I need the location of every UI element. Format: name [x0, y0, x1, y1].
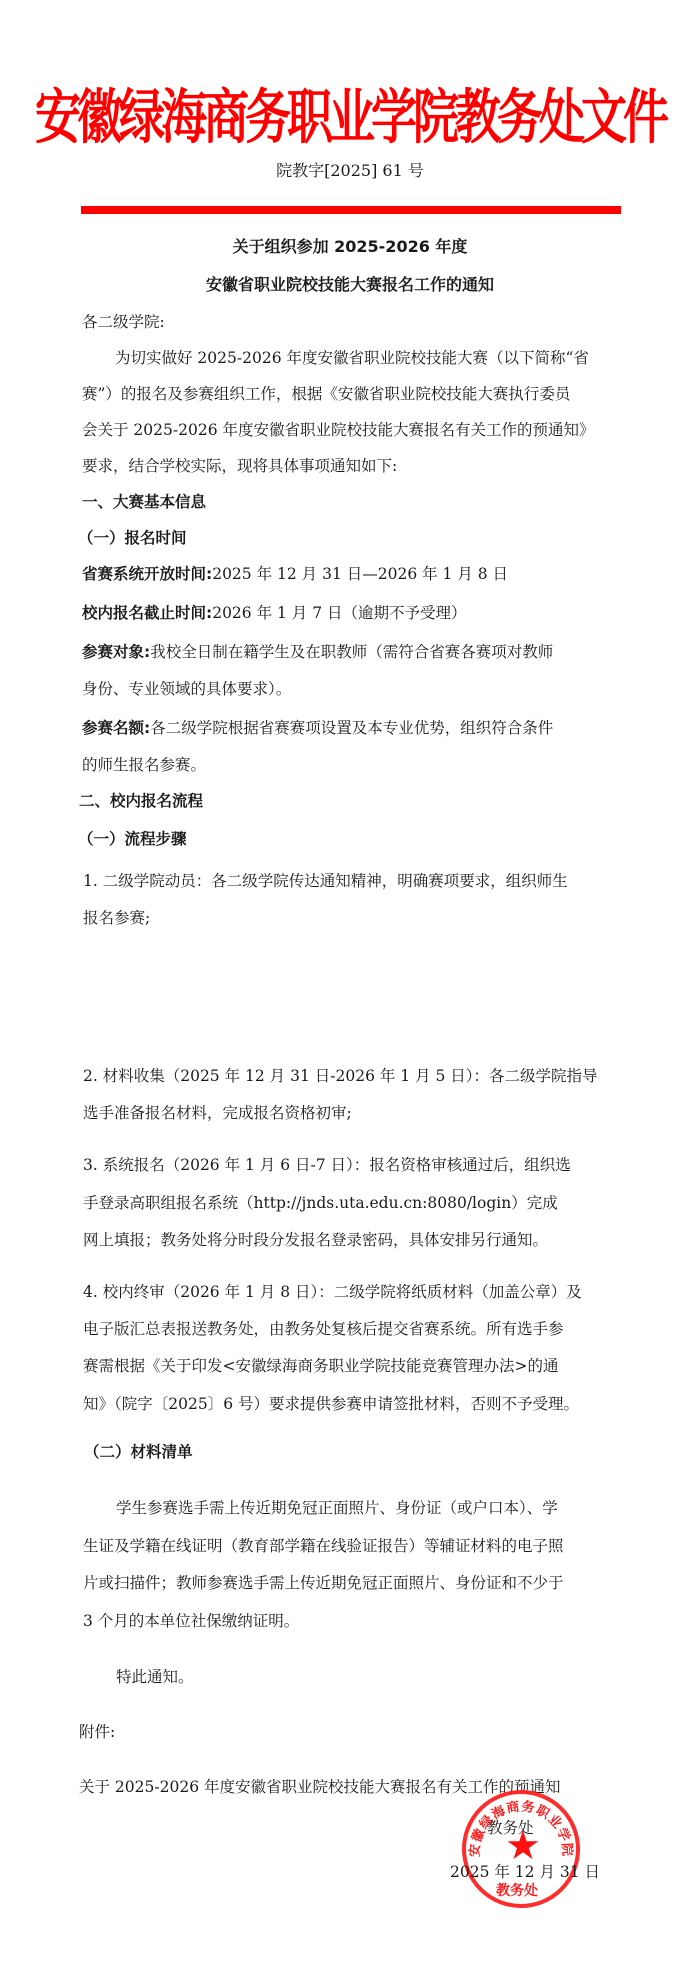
- materials-line-1: 学生参赛选手需上传近期免冠正面照片、身份证（或户口本）、学: [116, 1497, 558, 1519]
- intro-line-4: 要求，结合学校实际，现将具体事项通知如下:: [82, 455, 397, 477]
- section-2-sub-1-heading: （一）流程步骤: [78, 828, 187, 850]
- quota-label: 参赛名额:: [82, 719, 150, 737]
- intro-line-1: 为切实做好 2025-2026 年度安徽省职业院校技能大赛（以下简称“省: [115, 347, 589, 369]
- document-page: 安徽绿海商务职业学院教务处文件 院教字[2025] 61 号 关于组织参加 20…: [0, 0, 700, 1978]
- participants-label: 参赛对象:: [82, 643, 150, 661]
- deadline-value: 2026 年 1 月 7 日（逾期不予受理）: [212, 604, 466, 622]
- quota-line-2: 的师生报名参赛。: [82, 754, 206, 776]
- participants-line-2: 身份、专业领域的具体要求）。: [82, 678, 291, 700]
- materials-line-3: 片或扫描件；教师参赛选手需上传近期免冠正面照片、身份证和不少于: [83, 1572, 564, 1594]
- signature-office: 教务处: [487, 1818, 534, 1838]
- document-number: 院教字[2025] 61 号: [0, 160, 700, 182]
- step-4-line-4: 知》（院字〔2025〕6 号）要求提供参赛申请签批材料，否则不予受理。: [83, 1393, 579, 1415]
- participants: 参赛对象:我校全日制在籍学生及在职教师（需符合省赛各赛项对教师: [82, 641, 553, 663]
- step-3-line-1: 3. 系统报名（2026 年 1 月 6 日-7 日）：报名资格审核通过后，组织…: [83, 1154, 571, 1176]
- materials-line-2: 生证及学籍在线证明（教育部学籍在线验证报告）等辅证材料的电子照: [83, 1535, 564, 1557]
- step-2-line-1: 2. 材料收集（2025 年 12 月 31 日-2026 年 1 月 5 日）…: [83, 1065, 598, 1087]
- quota: 参赛名额:各二级学院根据省赛赛项设置及本专业优势，组织符合条件: [82, 717, 553, 739]
- section-1-sub-1-heading: （一）报名时间: [78, 527, 187, 549]
- header-red-divider: [81, 206, 621, 214]
- notice-title-line-2: 安徽省职业院校技能大赛报名工作的通知: [0, 274, 700, 296]
- materials-line-4: 3 个月的本单位社保缴纳证明。: [83, 1610, 299, 1632]
- system-open-label: 省赛系统开放时间:: [82, 565, 212, 583]
- notice-end: 特此通知。: [116, 1666, 194, 1688]
- step-2-line-2: 选手准备报名材料，完成报名资格初审;: [83, 1102, 352, 1124]
- step-4-line-3: 赛需根据《关于印发<安徽绿海商务职业学院技能竞赛管理办法>的通: [83, 1355, 558, 1377]
- step-4-line-2: 电子版汇总表报送教务处，由教务处复核后提交省赛系统。所有选手参: [83, 1318, 564, 1340]
- deadline-label: 校内报名截止时间:: [82, 604, 212, 622]
- system-open-value: 2025 年 12 月 31 日—2026 年 1 月 8 日: [212, 565, 508, 583]
- step-1-line-2: 报名参赛;: [83, 907, 150, 929]
- step-1-line-1: 1. 二级学院动员：各二级学院传达通知精神，明确赛项要求，组织师生: [83, 870, 568, 892]
- step-4-line-1: 4. 校内终审（2026 年 1 月 8 日）：二级学院将纸质材料（加盖公章）及: [83, 1281, 582, 1303]
- section-2-heading: 二、校内报名流程: [79, 790, 203, 812]
- system-open-time: 省赛系统开放时间:2025 年 12 月 31 日—2026 年 1 月 8 日: [82, 563, 508, 585]
- step-3-line-2: 手登录高职组报名系统（http://jnds.uta.edu.cn:8080/l…: [83, 1192, 558, 1214]
- intro-line-2: 赛”）的报名及参赛组织工作，根据《安徽省职业院校技能大赛执行委员: [82, 383, 570, 405]
- internal-deadline: 校内报名截止时间:2026 年 1 月 7 日（逾期不予受理）: [82, 602, 467, 624]
- quota-value: 各二级学院根据省赛赛项设置及本专业优势，组织符合条件: [150, 719, 553, 737]
- section-1-heading: 一、大赛基本信息: [82, 491, 206, 513]
- signature-date: 2025 年 12 月 31 日: [450, 1862, 600, 1882]
- notice-title-line-1: 关于组织参加 2025-2026 年度: [0, 236, 700, 258]
- document-header-title: 安徽绿海商务职业学院教务处文件: [0, 76, 700, 158]
- attachment-label: 附件:: [79, 1721, 115, 1743]
- salutation: 各二级学院:: [82, 311, 165, 333]
- section-2-sub-2-heading: （二）材料清单: [84, 1441, 193, 1463]
- step-3-line-3: 网上填报；教务处将分时段分发报名登录密码，具体安排另行通知。: [83, 1229, 548, 1251]
- seal-bottom-text: 教务处: [496, 1880, 538, 1900]
- intro-line-3: 会关于 2025-2026 年度安徽省职业院校技能大赛报名有关工作的预通知》: [82, 419, 595, 441]
- participants-value: 我校全日制在籍学生及在职教师（需符合省赛各赛项对教师: [150, 643, 553, 661]
